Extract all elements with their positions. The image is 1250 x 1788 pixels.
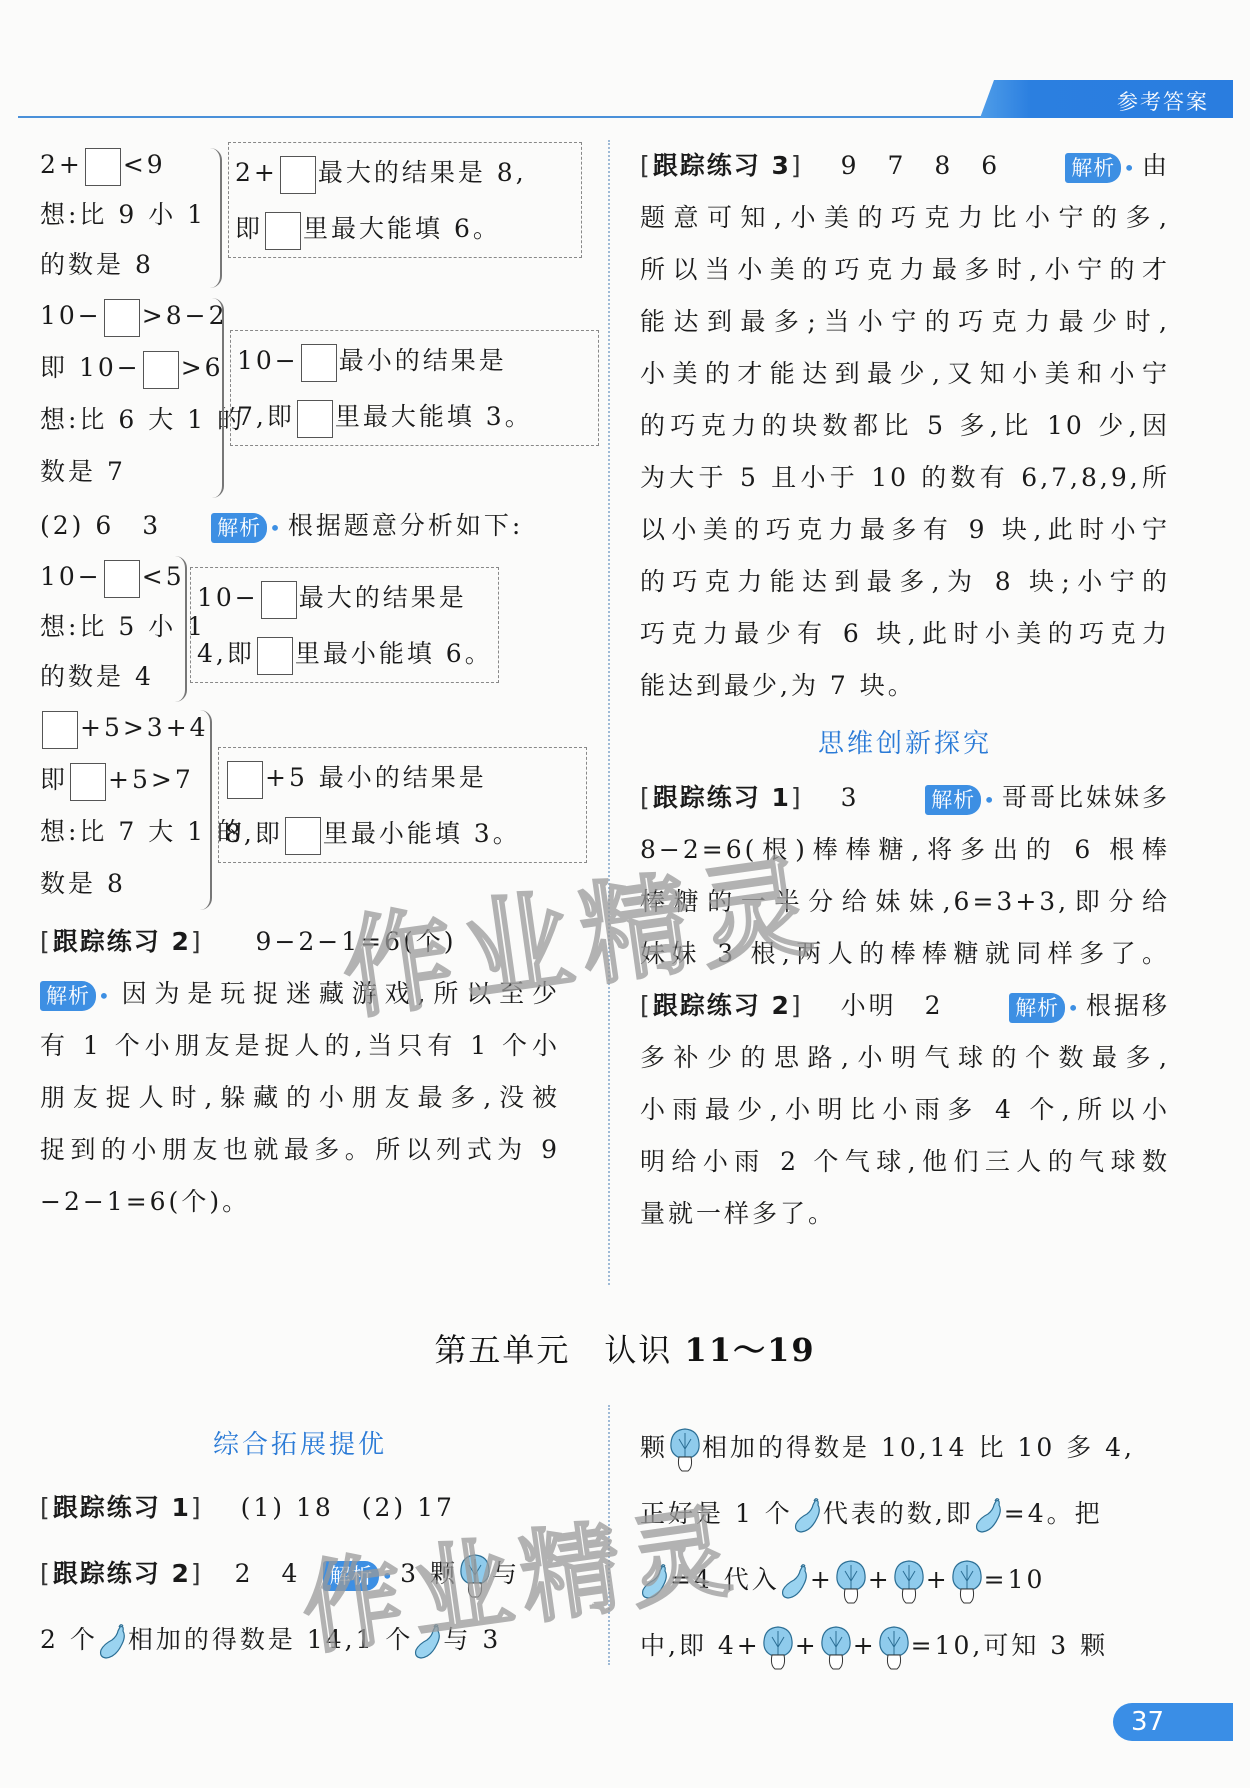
drill-label: 跟踪练习 2: [653, 991, 791, 1020]
blank-box: [104, 299, 140, 337]
blank-box: [70, 763, 106, 801]
think-line: 数是 7: [40, 446, 560, 498]
blank-box: [104, 560, 140, 598]
analysis-text-line: 能达到最多;当小宁的巧克力最少时,: [640, 296, 1170, 348]
dashed-note-box: +5 最小的结果是 8,即里最小能填 3。: [218, 747, 587, 863]
dashed-note-box: 10−最小的结果是 7,即里最大能填 3。: [230, 330, 599, 446]
drill-label: 跟踪练习 1: [653, 783, 791, 812]
think-line: 数是 8: [40, 858, 560, 910]
cabbage-icon: [892, 1559, 926, 1605]
eggplant-icon: [413, 1624, 443, 1660]
unit-title: 第五单元 认识 11～19: [0, 1325, 1250, 1371]
reasoning-group-1: 2+<9 想:比 9 小 1 的数是 8 2+最大的结果是 8, 即里最大能填 …: [40, 140, 560, 290]
blank-box: [265, 212, 301, 250]
analysis-text-line: 的巧克力能达到最多,为 8 块;小宁的: [640, 556, 1170, 608]
blank-box: [301, 344, 337, 382]
analysis-text-line: 能达到最少,为 7 块。: [640, 660, 1170, 712]
unit-right-column: 颗相加的得数是 10,14 比 10 多 4, 正好是 1 个代表的数,即=4。…: [640, 1415, 1170, 1679]
left-column: 2+<9 想:比 9 小 1 的数是 8 2+最大的结果是 8, 即里最大能填 …: [40, 140, 560, 1228]
analysis-text-line: 妹妹 3 根,两人的棒棒糖就同样多了。: [640, 928, 1170, 980]
right-column: [跟踪练习 3] 9 7 8 6 解析•由 题意可知,小美的巧克力比小宁的多, …: [640, 140, 1170, 1240]
eggplant-icon: [793, 1498, 823, 1534]
cabbage-icon: [950, 1559, 984, 1605]
analysis-text-line: 有 1 个小朋友是捉人的,当只有 1 个小: [40, 1020, 560, 1072]
header-tab: 参考答案: [980, 80, 1233, 118]
blank-box: [85, 148, 121, 186]
reasoning-group-4: +5>3+4 即+5>7 想:比 7 大 1 的 数是 8 +5 最小的结果是 …: [40, 702, 560, 912]
blank-box: [257, 637, 293, 675]
eggplant-icon: [780, 1564, 810, 1600]
part-2-answer: (2) 6 3 解析•根据题意分析如下:: [40, 500, 560, 552]
unit-drill-2-answer: [跟踪练习 2] 2 4 解析•3 颗与: [40, 1541, 560, 1607]
analysis-text-line: 朋友捉人时,躲藏的小朋友最多,没被: [40, 1072, 560, 1124]
think-drill-2-answer: [跟踪练习 2] 小明 2 解析•根据移: [640, 980, 1170, 1032]
analysis-text-line: −2−1=6(个)。: [40, 1176, 560, 1228]
analysis-text-line: 捉到的小朋友也就最多。所以列式为 9: [40, 1124, 560, 1176]
page-number: 37: [1113, 1703, 1233, 1741]
curly-brace: [210, 148, 222, 288]
bullet-dot-icon: •: [1067, 996, 1082, 1020]
analysis-badge: 解析: [1009, 993, 1065, 1023]
analysis-badge: 解析: [1065, 153, 1121, 183]
drill-label: 跟踪练习 2: [53, 1559, 191, 1588]
analysis-text-line: 题意可知,小美的巧克力比小宁的多,: [640, 192, 1170, 244]
curly-brace: [212, 298, 224, 498]
analysis-text-line: 的巧克力的块数都比 5 多,比 10 少,因: [640, 400, 1170, 452]
unit-analysis-line: 颗相加的得数是 10,14 比 10 多 4,: [640, 1415, 1170, 1481]
analysis-text-line: 明给小雨 2 个气球,他们三人的气球数: [640, 1136, 1170, 1188]
cabbage-icon: [819, 1625, 853, 1671]
cabbage-icon: [834, 1559, 868, 1605]
analysis-text-line: 棒糖的一半分给妹妹,6=3+3,即分给: [640, 876, 1170, 928]
analysis-badge: 解析: [323, 1561, 379, 1591]
bullet-dot-icon: •: [983, 788, 998, 812]
header-tab-label: 参考答案: [1117, 86, 1209, 116]
eggplant-icon: [98, 1624, 128, 1660]
drill-label: 跟踪练习 1: [53, 1493, 191, 1522]
drill-2-answer: [跟踪练习 2] 9−2−1=6(个): [40, 916, 560, 968]
reasoning-group-2: 10−>8−2 即 10−>6 想:比 6 大 1 的 数是 7 10−最小的结…: [40, 290, 560, 500]
analysis-text-line: 多补少的思路,小明气球的个数最多,: [640, 1032, 1170, 1084]
analysis-text-line: 小雨最少,小明比小雨多 4 个,所以小: [640, 1084, 1170, 1136]
blank-box: [227, 761, 263, 799]
analysis-text-line: 量就一样多了。: [640, 1188, 1170, 1240]
curly-brace: [175, 556, 187, 702]
blank-box: [143, 351, 179, 389]
blank-box: [297, 400, 333, 438]
analysis-text-line: 为大于 5 且小于 10 的数有 6,7,8,9,所: [640, 452, 1170, 504]
unit-analysis-line: 正好是 1 个代表的数,即=4。把: [640, 1481, 1170, 1547]
answer-key-page: 参考答案 2+<9 想:比 9 小 1 的数是 8 2+最大的结果是 8, 即里…: [0, 0, 1250, 1788]
bullet-dot-icon: •: [98, 984, 113, 1008]
unit-analysis-line: 中,即 4+++=10,可知 3 颗: [640, 1613, 1170, 1679]
blank-box: [285, 817, 321, 855]
cabbage-icon: [458, 1553, 492, 1599]
unit-drill-1-answer: [跟踪练习 1] (1) 18 (2) 17: [40, 1475, 560, 1541]
dashed-note-box: 10−最大的结果是 4,即里最小能填 6。: [190, 567, 499, 683]
section-title-comprehensive: 综合拓展提优: [40, 1415, 560, 1475]
bullet-dot-icon: •: [1123, 156, 1138, 180]
analysis-badge: 解析: [925, 785, 981, 815]
reasoning-group-3: 10−<5 想:比 5 小 1 的数是 4 10−最大的结果是 4,即里最小能填…: [40, 552, 560, 702]
analysis-badge: 解析: [211, 513, 267, 543]
drill-label: 跟踪练习 3: [653, 151, 791, 180]
column-divider-top: [608, 140, 610, 1285]
eggplant-icon: [640, 1564, 670, 1600]
cabbage-icon: [877, 1625, 911, 1671]
section-title-thinking: 思维创新探究: [640, 716, 1170, 772]
analysis-text-line: 所以当小美的巧克力最多时,小宁的才: [640, 244, 1170, 296]
bullet-dot-icon: •: [381, 1564, 396, 1588]
analysis-badge: 解析: [40, 981, 96, 1011]
unit-left-column: 综合拓展提优 [跟踪练习 1] (1) 18 (2) 17 [跟踪练习 2] 2…: [40, 1415, 560, 1673]
unit-analysis-line: =4 代入+++=10: [640, 1547, 1170, 1613]
eggplant-icon: [974, 1498, 1004, 1534]
bullet-dot-icon: •: [269, 516, 284, 540]
dashed-note-box: 2+最大的结果是 8, 即里最大能填 6。: [228, 142, 582, 258]
analysis-text-line: 8−2=6(根)棒棒糖,将多出的 6 根棒: [640, 824, 1170, 876]
unit-drill-2-line: 2 个相加的得数是 14,1 个与 3: [40, 1607, 560, 1673]
think-drill-1-answer: [跟踪练习 1] 3 解析•哥哥比妹妹多: [640, 772, 1170, 824]
blank-box: [280, 156, 316, 194]
column-divider-bottom: [608, 1405, 610, 1665]
analysis-text-line: 小美的才能达到最少,又知小美和小宁: [640, 348, 1170, 400]
cabbage-icon: [761, 1625, 795, 1671]
analysis-text-line: 以小美的巧克力最多有 9 块,此时小宁: [640, 504, 1170, 556]
drill-label: 跟踪练习 2: [53, 927, 191, 956]
drill-2-analysis-line: 解析•因为是玩捉迷藏游戏,所以至少: [40, 968, 560, 1020]
drill-3-answer: [跟踪练习 3] 9 7 8 6 解析•由: [640, 140, 1170, 192]
blank-box: [261, 581, 297, 619]
analysis-text-line: 巧克力最少有 6 块,此时小美的巧克力: [640, 608, 1170, 660]
cabbage-icon: [668, 1427, 702, 1473]
blank-box: [42, 711, 78, 749]
curly-brace: [200, 710, 212, 910]
